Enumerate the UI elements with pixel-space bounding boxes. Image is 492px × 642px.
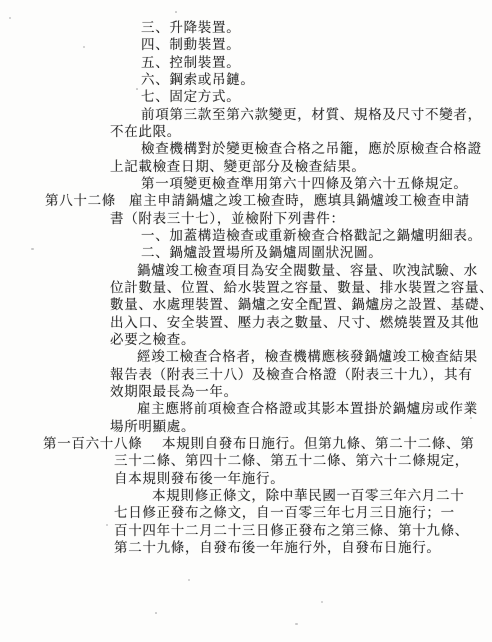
document-text-block: 三、升降裝置。 四、制動裝置。 五、控制裝置。 六、鋼索或吊鏈。 七、固定方式。…: [0, 19, 492, 556]
paragraph-line: 鍋爐竣工檢查項目為安全閥數量、容量、吹洩試驗、水: [0, 262, 492, 279]
list-item-line: 一、加蓋構造檢查或重新檢查合格戳記之鍋爐明細表。: [0, 227, 492, 244]
list-item-line: 三、升降裝置。: [0, 19, 492, 36]
article-number: 第八十二條: [45, 192, 116, 209]
scan-speck: [295, 623, 298, 625]
scan-speck: [188, 579, 190, 581]
scan-speck: [470, 417, 472, 419]
paragraph-line: 必要之檢查。: [0, 331, 492, 348]
scan-speck: [83, 46, 85, 48]
paragraph-line: 雇主應將前項檢查合格證或其影本置掛於鍋爐房或作業: [0, 400, 492, 417]
paragraph-line: 第一項變更檢查準用第六十四條及第六十五條規定。: [0, 175, 492, 192]
list-item-line: 五、控制裝置。: [0, 54, 492, 71]
article-168-heading-line: 第一百六十八條 本規則自發布日施行。但第九條、第二十二條、第: [0, 435, 492, 452]
paragraph-line: 上記載檢查日期、變更部分及檢查結果。: [0, 158, 492, 175]
paragraph-line: 數量、水處理裝置、鍋爐之安全配置、鍋爐房之設置、基礎、: [0, 296, 492, 313]
paragraph-line: 場所明顯處。: [0, 418, 492, 435]
document-page: 三、升降裝置。 四、制動裝置。 五、控制裝置。 六、鋼索或吊鏈。 七、固定方式。…: [0, 0, 492, 642]
paragraph-line: 效期限最長為一年。: [0, 383, 492, 400]
paragraph-line: 三十二條、第四十二條、第五十二條、第六十二條規定，: [0, 452, 492, 469]
paragraph-line: 本規則修正條文，除中華民國一百零三年六月二十: [0, 487, 492, 504]
scan-speck: [106, 524, 108, 526]
article-number: 第一百六十八條: [43, 435, 142, 452]
list-item-line: 二、鍋爐設置場所及鍋爐周圍狀況圖。: [0, 244, 492, 261]
paragraph-line: 前項第三款至第六款變更，材質、規格及尺寸不變者，: [0, 106, 492, 123]
paragraph-line: 報告表（附表三十八）及檢查合格證（附表三十九），其有: [0, 366, 492, 383]
scan-speck: [175, 11, 177, 13]
list-item-line: 七、固定方式。: [0, 88, 492, 105]
list-item-line: 四、制動裝置。: [0, 36, 492, 53]
list-item-line: 六、鋼索或吊鏈。: [0, 71, 492, 88]
paragraph-line: 七日修正發布之條文，自一百零三年七月三日施行；一: [0, 504, 492, 521]
paragraph-line: 出入口、安全裝置、壓力表之數量、尺寸、燃燒裝置及其他: [0, 314, 492, 331]
paragraph-line: 第二十九條，自發布後一年施行外，自發布日施行。: [0, 539, 492, 556]
scan-speck: [9, 17, 11, 19]
scan-speck: [31, 248, 34, 250]
paragraph-line: 百十四年十二月二十三日修正發布之第三條、第十九條、: [0, 522, 492, 539]
paragraph-line: 位計數量、位置、給水裝置之容量、數量、排水裝置之容量、: [0, 279, 492, 296]
article-text: 雇主申請鍋爐之竣工檢查時，應填具鍋爐竣工檢查申請: [129, 192, 470, 209]
scan-speck: [155, 612, 157, 614]
paragraph-line: 自本規則發布後一年施行。: [0, 470, 492, 487]
article-82-heading-line: 第八十二條 雇主申請鍋爐之竣工檢查時，應填具鍋爐竣工檢查申請: [0, 192, 492, 209]
paragraph-line: 經竣工檢查合格者，檢查機構應核發鍋爐竣工檢查結果: [0, 348, 492, 365]
paragraph-line: 書（附表三十七），並檢附下列書件：: [0, 210, 492, 227]
paragraph-line: 檢查機構對於變更檢查合格之吊籠，應於原檢查合格證: [0, 140, 492, 157]
article-text: 本規則自發布日施行。但第九條、第二十二條、第: [162, 435, 474, 452]
scan-speck: [136, 88, 138, 90]
scan-speck: [321, 601, 323, 603]
paragraph-line: 不在此限。: [0, 123, 492, 140]
